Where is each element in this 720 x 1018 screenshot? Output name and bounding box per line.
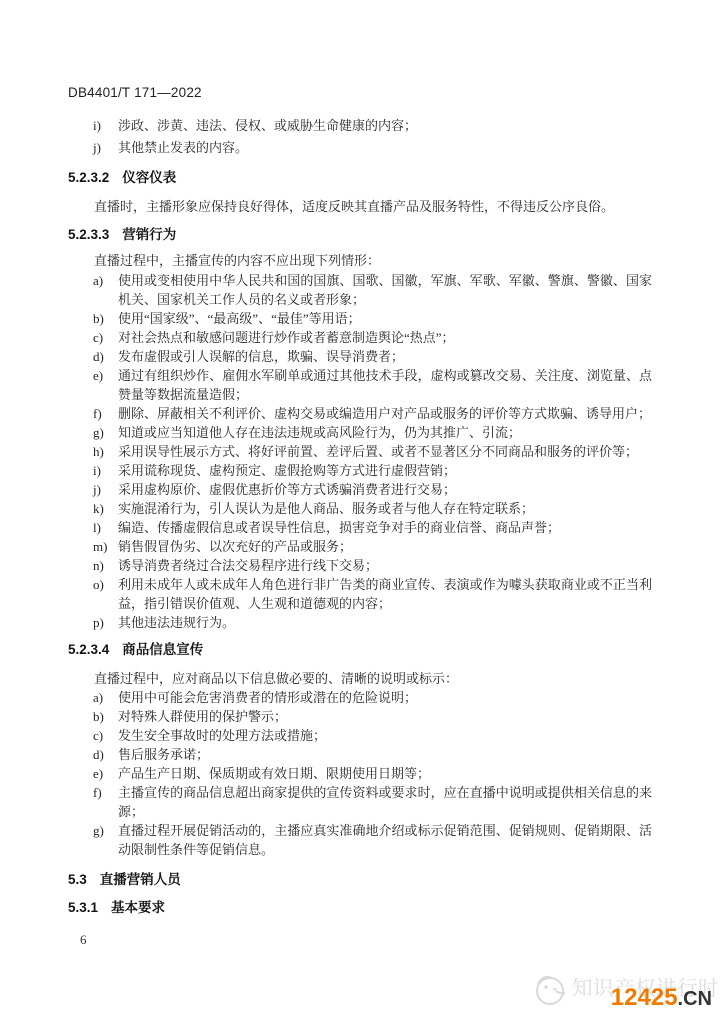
product-info-list: a)使用中可能会危害消费者的情形或潜在的危险说明； b)对特殊人群使用的保护警示… [68, 688, 652, 859]
list-item-text: 发布虚假或引人误解的信息，欺骗、误导消费者； [118, 347, 652, 366]
section-title: 基本要求 [111, 900, 165, 915]
list-item-marker: b) [93, 309, 118, 328]
list-item-text: 实施混淆行为，引人误认为是他人商品、服务或者与他人存在特定联系； [118, 499, 652, 518]
section-heading-5-3: 5.3直播营销人员 [68, 871, 652, 889]
list-intro: 直播过程中，应对商品以下信息做必要的、清晰的说明或标示： [68, 669, 652, 688]
list-item-text: 直播过程开展促销活动的，主播应真实准确地介绍或标示促销范围、促销规则、促销期限、… [118, 821, 652, 859]
list-item-marker: f) [93, 404, 118, 423]
list-item-text: 涉政、涉黄、违法、侵权、或威胁生命健康的内容； [118, 115, 652, 137]
list-item-marker: a) [93, 271, 118, 290]
watermark-site-tld: .CN [678, 988, 712, 1010]
list-item: n)诱导消费者绕过合法交易程序进行线下交易； [93, 556, 652, 575]
list-item-marker: e) [93, 366, 118, 385]
list-item-text: 使用中可能会危害消费者的情形或潜在的危险说明； [118, 688, 652, 707]
list-item-text: 编造、传播虚假信息或者误导性信息，损害竞争对手的商业信誉、商品声誉； [118, 518, 652, 537]
list-item-text: 其他违法违规行为。 [118, 613, 652, 632]
list-item-marker: l) [93, 518, 118, 537]
page-number: 6 [80, 932, 652, 948]
section-number: 5.3 [68, 872, 87, 887]
list-item-text: 诱导消费者绕过合法交易程序进行线下交易； [118, 556, 652, 575]
list-item-text: 利用未成年人或未成年人角色进行非广告类的商业宣传、表演或作为噱头获取商业或不正当… [118, 575, 652, 613]
list-item-text: 删除、屏蔽相关不利评价、虚构交易或编造用户对产品或服务的评价等方式欺骗、诱导用户… [118, 404, 652, 423]
list-item-text: 对社会热点和敏感问题进行炒作或者蓄意制造舆论“热点”； [118, 328, 652, 347]
list-item-text: 通过有组织炒作、雇佣水军刷单或通过其他技术手段，虚构或篡改交易、关注度、浏览量、… [118, 366, 652, 404]
list-item-text: 售后服务承诺； [118, 745, 652, 764]
section-number: 5.2.3.3 [68, 227, 109, 242]
section-title: 仪容仪表 [122, 170, 176, 185]
list-item-marker: d) [93, 347, 118, 366]
list-item-text: 销售假冒伪劣、以次充好的产品或服务； [118, 537, 652, 556]
list-item: d)售后服务承诺； [93, 745, 652, 764]
section-heading-5-2-3-2: 5.2.3.2仪容仪表 [68, 169, 652, 187]
list-item: c)对社会热点和敏感问题进行炒作或者蓄意制造舆论“热点”； [93, 328, 652, 347]
list-item-marker: a) [93, 688, 118, 707]
list-item-marker: m) [93, 537, 118, 556]
list-item: i)采用谎称现货、虚构预定、虚假抢购等方式进行虚假营销； [93, 461, 652, 480]
list-item-text: 知道或应当知道他人存在违法违规或高风险行为，仍为其推广、引流； [118, 423, 652, 442]
list-item-text: 其他禁止发表的内容。 [118, 137, 652, 159]
list-item: g)直播过程开展促销活动的，主播应真实准确地介绍或标示促销范围、促销规则、促销期… [93, 821, 652, 859]
list-item: i) 涉政、涉黄、违法、侵权、或威胁生命健康的内容； [93, 115, 652, 137]
list-item-marker: j) [93, 137, 118, 159]
section-title: 商品信息宣传 [122, 642, 203, 657]
watermark-site-url: 12425.CN [611, 984, 712, 1012]
section-heading-5-2-3-4: 5.2.3.4商品信息宣传 [68, 641, 652, 659]
list-intro: 直播过程中，主播宣传的内容不应出现下列情形： [68, 251, 652, 270]
list-item-marker: n) [93, 556, 118, 575]
list-item-marker: o) [93, 575, 118, 594]
list-item-text: 产品生产日期、保质期或有效日期、限期使用日期等； [118, 764, 652, 783]
list-item-marker: k) [93, 499, 118, 518]
list-item: h)采用误导性展示方式、将好评前置、差评后置、或者不显著区分不同商品和服务的评价… [93, 442, 652, 461]
section-paragraph: 直播时，主播形象应保持良好得体，适度反映其直播产品及服务特性，不得违反公序良俗。 [68, 197, 652, 216]
list-item-marker: c) [93, 726, 118, 745]
list-item-text: 采用误导性展示方式、将好评前置、差评后置、或者不显著区分不同商品和服务的评价等； [118, 442, 652, 461]
list-item-text: 主播宣传的商品信息超出商家提供的宣传资料或要求时，应在直播中说明或提供相关信息的… [118, 783, 652, 821]
section-title: 直播营销人员 [100, 872, 181, 887]
list-item-marker: j) [93, 480, 118, 499]
list-item: f)删除、屏蔽相关不利评价、虚构交易或编造用户对产品或服务的评价等方式欺骗、诱导… [93, 404, 652, 423]
list-item-marker: b) [93, 707, 118, 726]
list-item-text: 采用谎称现货、虚构预定、虚假抢购等方式进行虚假营销； [118, 461, 652, 480]
list-item-text: 使用或变相使用中华人民共和国的国旗、国歌、国徽，军旗、军歌、军徽、警旗、警徽、国… [118, 271, 652, 309]
list-item: d)发布虚假或引人误解的信息，欺骗、误导消费者； [93, 347, 652, 366]
marketing-behavior-list: a)使用或变相使用中华人民共和国的国旗、国歌、国徽，军旗、军歌、军徽、警旗、警徽… [68, 271, 652, 632]
list-item-marker: e) [93, 764, 118, 783]
section-number: 5.2.3.4 [68, 642, 109, 657]
carryover-list: i) 涉政、涉黄、违法、侵权、或威胁生命健康的内容； j) 其他禁止发表的内容。 [68, 115, 652, 158]
list-item: p)其他违法违规行为。 [93, 613, 652, 632]
list-item-marker: p) [93, 613, 118, 632]
list-item-marker: g) [93, 821, 118, 840]
list-item: j) 其他禁止发表的内容。 [93, 137, 652, 159]
list-item: l)编造、传播虚假信息或者误导性信息，损害竞争对手的商业信誉、商品声誉； [93, 518, 652, 537]
list-item-marker: c) [93, 328, 118, 347]
document-page: DB4401/T 171—2022 i) 涉政、涉黄、违法、侵权、或威胁生命健康… [0, 0, 720, 1018]
list-item: b)对特殊人群使用的保护警示； [93, 707, 652, 726]
list-item: e)通过有组织炒作、雇佣水军刷单或通过其他技术手段，虚构或篡改交易、关注度、浏览… [93, 366, 652, 404]
list-item: o)利用未成年人或未成年人角色进行非广告类的商业宣传、表演或作为噱头获取商业或不… [93, 575, 652, 613]
list-item: a)使用中可能会危害消费者的情形或潜在的危险说明； [93, 688, 652, 707]
list-item: c)发生安全事故时的处理方法或措施； [93, 726, 652, 745]
list-item-marker: d) [93, 745, 118, 764]
list-item-text: 发生安全事故时的处理方法或措施； [118, 726, 652, 745]
list-item-marker: h) [93, 442, 118, 461]
list-item: j)采用虚构原价、虚假优惠折价等方式诱骗消费者进行交易； [93, 480, 652, 499]
list-item: e)产品生产日期、保质期或有效日期、限期使用日期等； [93, 764, 652, 783]
watermark-bird-icon [531, 970, 569, 1013]
list-item-marker: g) [93, 423, 118, 442]
list-item-text: 对特殊人群使用的保护警示； [118, 707, 652, 726]
watermark: 知识产权进行时 12425.CN [529, 956, 715, 1014]
list-item: k)实施混淆行为，引人误认为是他人商品、服务或者与他人存在特定联系； [93, 499, 652, 518]
list-item-text: 使用“国家级”、“最高级”、“最佳”等用语； [118, 309, 652, 328]
section-heading-5-3-1: 5.3.1基本要求 [68, 899, 652, 917]
list-item: a)使用或变相使用中华人民共和国的国旗、国歌、国徽，军旗、军歌、军徽、警旗、警徽… [93, 271, 652, 309]
list-item: f)主播宣传的商品信息超出商家提供的宣传资料或要求时，应在直播中说明或提供相关信… [93, 783, 652, 821]
list-item: g)知道或应当知道他人存在违法违规或高风险行为，仍为其推广、引流； [93, 423, 652, 442]
section-heading-5-2-3-3: 5.2.3.3营销行为 [68, 226, 652, 244]
watermark-site-number: 12425 [611, 984, 678, 1011]
section-number: 5.2.3.2 [68, 170, 109, 185]
list-item-marker: f) [93, 783, 118, 802]
doc-code-header: DB4401/T 171—2022 [68, 84, 652, 102]
list-item-marker: i) [93, 461, 118, 480]
section-number: 5.3.1 [68, 900, 98, 915]
list-item: m)销售假冒伪劣、以次充好的产品或服务； [93, 537, 652, 556]
list-item: b)使用“国家级”、“最高级”、“最佳”等用语； [93, 309, 652, 328]
list-item-text: 采用虚构原价、虚假优惠折价等方式诱骗消费者进行交易； [118, 480, 652, 499]
list-item-marker: i) [93, 115, 118, 137]
section-title: 营销行为 [122, 227, 176, 242]
